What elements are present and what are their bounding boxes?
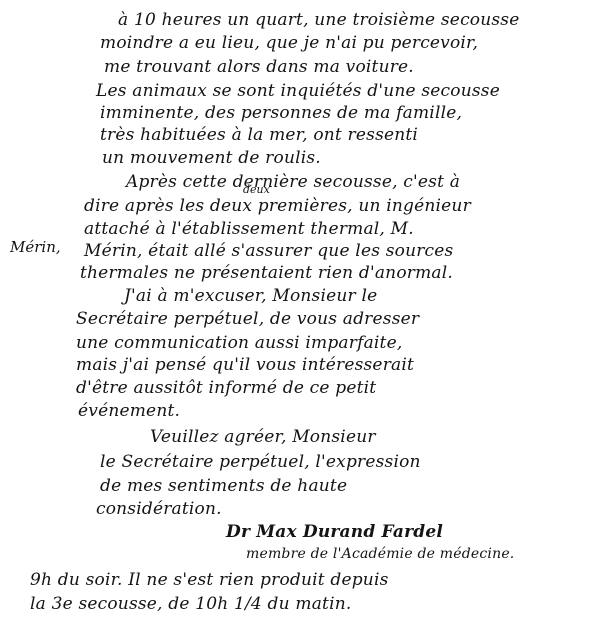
letter-line: Mérin, était allé s'assurer que les sour… bbox=[84, 241, 453, 261]
letter-line: le Secrétaire perpétuel, l'expression bbox=[100, 452, 421, 472]
signature-title: membre de l'Académie de médecine. bbox=[246, 546, 514, 562]
letter-line: Secrétaire perpétuel, de vous adresser bbox=[76, 309, 419, 329]
letter-line: d'être aussitôt informé de ce petit bbox=[76, 378, 376, 398]
letter-line: moindre a eu lieu, que je n'ai pu percev… bbox=[100, 33, 478, 53]
letter-line: un mouvement de roulis. bbox=[102, 148, 321, 168]
letter-line: très habituées à la mer, ont ressenti bbox=[100, 125, 418, 145]
letter-line: attaché à l'établissement thermal, M. bbox=[84, 219, 414, 239]
letter-line: de mes sentiments de haute bbox=[100, 476, 347, 496]
letter-line: une communication aussi imparfaite, bbox=[76, 333, 402, 353]
signature-name: Dr Max Durand Fardel bbox=[226, 522, 443, 542]
letter-line: à 10 heures un quart, une troisième seco… bbox=[118, 10, 519, 30]
letter-line: événement. bbox=[78, 401, 180, 421]
letter-page: à 10 heures un quart, une troisième seco… bbox=[0, 0, 591, 623]
letter-line: Veuillez agréer, Monsieur bbox=[150, 427, 376, 447]
letter-line: Après cette dernière secousse, c'est à bbox=[126, 172, 460, 192]
margin-note: Mérin, bbox=[10, 238, 61, 256]
interlinear-insertion: deux bbox=[243, 183, 270, 196]
postscript-line: la 3e secousse, de 10h 1/4 du matin. bbox=[30, 594, 351, 614]
letter-line: J'ai à m'excuser, Monsieur le bbox=[124, 286, 377, 306]
letter-line: Les animaux se sont inquiétés d'une seco… bbox=[96, 81, 500, 101]
letter-line: thermales ne présentaient rien d'anormal… bbox=[80, 263, 453, 283]
letter-line: considération. bbox=[96, 499, 222, 519]
postscript-line: 9h du soir. Il ne s'est rien produit dep… bbox=[30, 570, 389, 590]
letter-line: mais j'ai pensé qu'il vous intéresserait bbox=[76, 355, 414, 375]
letter-line: dire après les deux premières, un ingéni… bbox=[84, 196, 471, 216]
letter-line: me trouvant alors dans ma voiture. bbox=[104, 57, 414, 77]
letter-line: imminente, des personnes de ma famille, bbox=[100, 103, 462, 123]
